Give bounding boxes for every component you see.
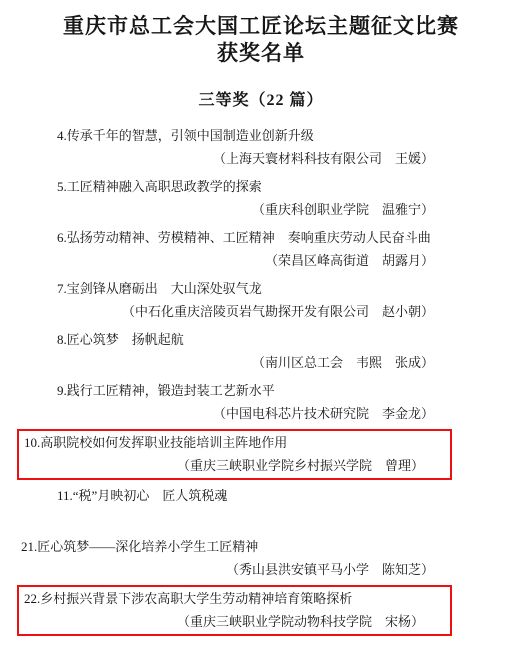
entry-title-line: 4.传承千年的智慧，引领中国制造业创新升级 [0, 128, 522, 143]
entry-number: 21. [21, 539, 37, 554]
list-entry: 6.弘扬劳动精神、劳模精神、工匠精神 奏响重庆劳动人民奋斗曲（荣昌区峰高街道 胡… [0, 230, 522, 268]
entry-title-line: 7.宝剑锋从磨砺出 大山深处驭气龙 [0, 281, 522, 296]
list-entry: 11.“税”月映初心 匠人筑税魂 [0, 488, 522, 526]
entry-number: 8. [57, 332, 67, 347]
entry-title-line: 8.匠心筑梦 扬帆起航 [0, 332, 522, 347]
entry-title-text: 弘扬劳动精神、劳模精神、工匠精神 奏响重庆劳动人民奋斗曲 [67, 230, 431, 245]
entry-title-text: 践行工匠精神，锻造封装工艺新水平 [67, 383, 275, 398]
entry-number: 11. [57, 488, 73, 503]
entry-title-text: “税”月映初心 匠人筑税魂 [73, 488, 228, 503]
entry-title-line: 22.乡村振兴背景下涉农高职大学生劳动精神培育策略探析 [19, 591, 450, 606]
entry-title-text: 宝剑锋从磨砺出 大山深处驭气龙 [67, 281, 262, 296]
entry-title-line: 5.工匠精神融入高职思政教学的探索 [0, 179, 522, 194]
document-title-line2: 获奖名单 [0, 40, 522, 67]
entry-affiliation-line: （秀山县洪安镇平马小学 陈知芝） [0, 562, 522, 577]
entry-title-line: 21.匠心筑梦——深化培养小学生工匠精神 [0, 539, 522, 554]
entry-affiliation-line: （重庆科创职业学院 温雅宁） [0, 202, 522, 217]
entry-title-line: 6.弘扬劳动精神、劳模精神、工匠精神 奏响重庆劳动人民奋斗曲 [0, 230, 522, 245]
list-entry: 4.传承千年的智慧，引领中国制造业创新升级（上海天寰材料科技有限公司 王媛） [0, 128, 522, 166]
entry-affiliation-line: （荣昌区峰高街道 胡露月） [0, 253, 522, 268]
entry-number: 9. [57, 383, 67, 398]
entry-title-text: 匠心筑梦 扬帆起航 [67, 332, 184, 347]
entry-affiliation-line [0, 511, 522, 526]
entry-number: 22. [24, 591, 40, 606]
award-section-heading: 三等奖（22 篇） [0, 91, 522, 111]
document-page: 重庆市总工会大国工匠论坛主题征文比赛 获奖名单 三等奖（22 篇） 4.传承千年… [0, 0, 522, 655]
entry-title-text: 高职院校如何发挥职业技能培训主阵地作用 [40, 435, 287, 450]
entry-affiliation-line: （中石化重庆涪陵页岩气勘探开发有限公司 赵小朝） [0, 304, 522, 319]
list-entry: 9.践行工匠精神，锻造封装工艺新水平（中国电科芯片技术研究院 李金龙） [0, 383, 522, 421]
entry-title-text: 工匠精神融入高职思政教学的探索 [67, 179, 262, 194]
entry-number: 4. [57, 128, 67, 143]
list-entry: 5.工匠精神融入高职思政教学的探索（重庆科创职业学院 温雅宁） [0, 179, 522, 217]
list-entry-highlighted: 10.高职院校如何发挥职业技能培训主阵地作用（重庆三峡职业学院乡村振兴学院 曾理… [17, 429, 452, 480]
list-entry: 8.匠心筑梦 扬帆起航（南川区总工会 韦熙 张成） [0, 332, 522, 370]
entry-affiliation-line: （中国电科芯片技术研究院 李金龙） [0, 406, 522, 421]
entry-title-line: 11.“税”月映初心 匠人筑税魂 [0, 488, 522, 503]
entry-number: 10. [24, 435, 40, 450]
entry-title-text: 乡村振兴背景下涉农高职大学生劳动精神培育策略探析 [40, 591, 352, 606]
document-title-line1: 重庆市总工会大国工匠论坛主题征文比赛 [0, 13, 522, 40]
entry-affiliation-line: （重庆三峡职业学院动物科技学院 宋杨） [19, 614, 450, 629]
entry-affiliation-line: （上海天寰材料科技有限公司 王媛） [0, 151, 522, 166]
entry-title-text: 匠心筑梦——深化培养小学生工匠精神 [37, 539, 258, 554]
entry-affiliation-line: （重庆三峡职业学院乡村振兴学院 曾理） [19, 458, 450, 473]
entry-title-text: 传承千年的智慧，引领中国制造业创新升级 [67, 128, 314, 143]
list-entry: 21.匠心筑梦——深化培养小学生工匠精神（秀山县洪安镇平马小学 陈知芝） [0, 539, 522, 577]
entry-number: 6. [57, 230, 67, 245]
entry-affiliation-line: （南川区总工会 韦熙 张成） [0, 355, 522, 370]
list-entry: 7.宝剑锋从磨砺出 大山深处驭气龙（中石化重庆涪陵页岩气勘探开发有限公司 赵小朝… [0, 281, 522, 319]
document-title: 重庆市总工会大国工匠论坛主题征文比赛 获奖名单 [0, 0, 522, 67]
entry-title-line: 10.高职院校如何发挥职业技能培训主阵地作用 [19, 435, 450, 450]
entry-number: 5. [57, 179, 67, 194]
entry-number: 7. [57, 281, 67, 296]
entry-title-line: 9.践行工匠精神，锻造封装工艺新水平 [0, 383, 522, 398]
award-entry-list: 4.传承千年的智慧，引领中国制造业创新升级（上海天寰材料科技有限公司 王媛）5.… [0, 128, 522, 636]
list-entry-highlighted: 22.乡村振兴背景下涉农高职大学生劳动精神培育策略探析（重庆三峡职业学院动物科技… [17, 585, 452, 636]
